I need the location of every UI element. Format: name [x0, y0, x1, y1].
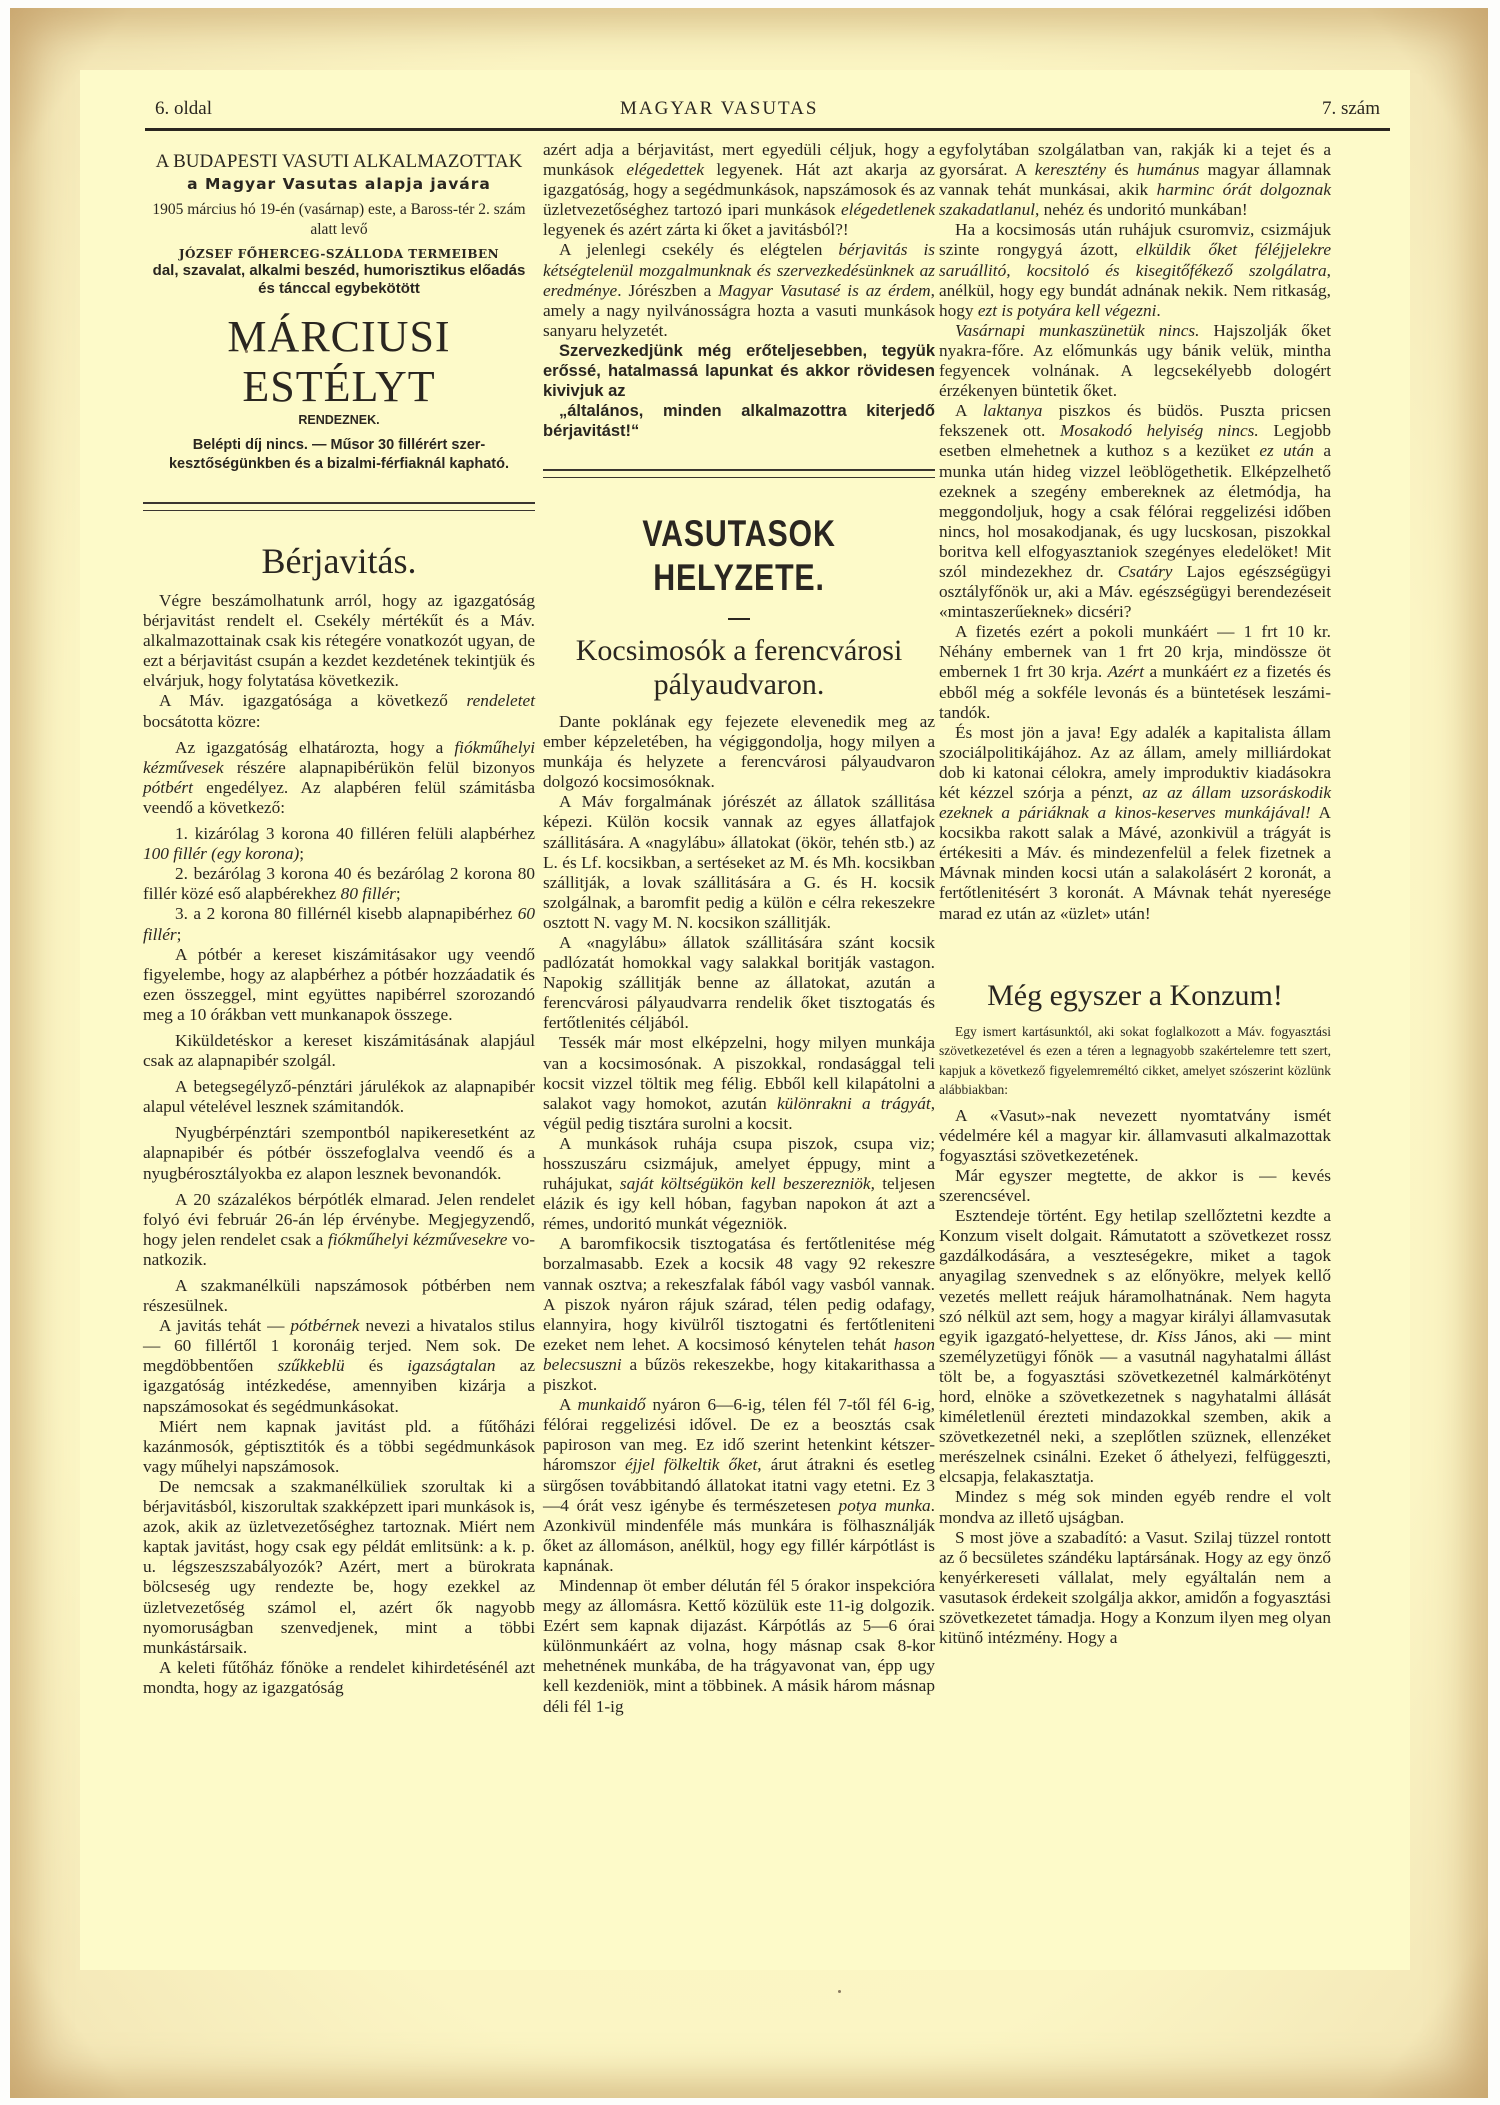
ad-date-place: 1905 március hó 19-én (vasárnap) este, a…: [143, 200, 535, 240]
column-3: egyfolytában szolgálatban van, rakják ki…: [939, 140, 1331, 1648]
column-1: A BUDAPESTI VASUTI ALKALMAZOTTAK a Magya…: [143, 140, 535, 1698]
call-to-action-slogan: „általános, minden alkalmazottra ki­terj…: [543, 401, 935, 441]
paragraph: egyfolytában szolgálatban van, rakják ki…: [939, 140, 1331, 220]
column-2: azért adja a bérjavitást, mert egyedüli …: [543, 140, 935, 1717]
paragraph: A munkások ruhája csupa piszok, csupa vi…: [543, 1134, 935, 1234]
paragraph: A keleti fűtőház főnöke a rendelet kihir…: [143, 1658, 535, 1698]
publication-title: MAGYAR VASUTAS: [620, 98, 818, 120]
title-dash: [728, 618, 750, 620]
article-title-berjavitas: Bérjavitás.: [143, 539, 535, 583]
paragraph: Már egyszer megtette, de akkor is — ke­v…: [939, 1166, 1331, 1206]
paragraph: Ha a kocsimosás után ruhájuk csuromviz, …: [939, 220, 1331, 320]
paragraph: azért adja a bérjavitást, mert egyedüli …: [543, 140, 935, 240]
paragraph: A fizetés ezért a pokoli munkáért — 1 fr…: [939, 622, 1331, 722]
paragraph: A 20 százalékos bérpótlék elmarad. Je­le…: [143, 1190, 535, 1270]
running-header: 6. oldal MAGYAR VASUTAS 7. szám: [145, 92, 1390, 122]
header-rule: [145, 128, 1390, 131]
event-advertisement: A BUDAPESTI VASUTI ALKALMAZOTTAK a Magya…: [143, 150, 535, 474]
paragraph: A «Vasut»-nak nevezett nyomtatvány is­mé…: [939, 1106, 1331, 1166]
paragraph: De nemcsak a szakmanélküliek szorultak k…: [143, 1477, 535, 1658]
ad-organize: RENDEZNEK.: [143, 412, 535, 428]
paragraph: Végre beszámolhatunk arról, hogy az igaz…: [143, 591, 535, 691]
article-title-kocsimosok: Kocsimosók a ferencvárosi pályaudvaron.: [543, 634, 935, 702]
ad-title: MÁRCIUSI ESTÉLYT: [143, 312, 535, 412]
paragraph: A Máv forgalmának jórészét az állatok sz…: [543, 792, 935, 933]
paragraph: A pótbér a kereset kiszámitásakor ugy ve…: [143, 945, 535, 1025]
paragraph: Vasárnapi munkaszünetük nincs. Hajszol­j…: [939, 321, 1331, 401]
decree-paragraph: Az igazgatóság elhatározta, hogy a fiók­…: [143, 738, 535, 818]
section-title-vasutasok: VASUTASOK HELYZETE.: [578, 512, 899, 600]
ad-admission: Belépti díj nincs. — Műsor 30 fillérért …: [143, 436, 535, 474]
editor-intro: Egy ismert kartásunktól, aki sokat fogla…: [939, 1022, 1331, 1100]
print-speck: [245, 350, 248, 353]
paragraph: Tessék már most elképzelni, hogy milyen …: [543, 1033, 935, 1133]
ad-program: dal, szavalat, alkalmi beszéd, humo­risz…: [143, 262, 535, 298]
paragraph: A laktanya piszkos és büdös. Puszta pri­…: [939, 401, 1331, 622]
page-number: 6. oldal: [155, 98, 212, 120]
paragraph: Nyugbérpénztári szempontból napikere­set…: [143, 1123, 535, 1183]
call-to-action: Szervezkedjünk még erőteljesebben, tegyü…: [543, 341, 935, 401]
paragraph: És most jön a java! Egy adalék a kapi­ta…: [939, 723, 1331, 924]
article-title-konzum: Még egyszer a Konzum!: [939, 978, 1331, 1014]
paragraph: A munkaidő nyáron 6—6-ig, télen fél 7-tő…: [543, 1395, 935, 1576]
ad-beneficiary: a Magyar Vasutas alapja javára: [143, 174, 535, 194]
paragraph: A betegsegélyző-pénztári járulékok az al…: [143, 1077, 535, 1117]
ad-organizer: A BUDAPESTI VASUTI ALKALMAZOTTAK: [143, 150, 535, 174]
ad-venue: JÓZSEF FŐHERCEG-SZÁLLODA TERMEIBEN: [143, 246, 535, 262]
paragraph: Dante poklának egy fejezete elevenedik m…: [543, 712, 935, 792]
paragraph: A Máv. igazgatósága a következő rende­le…: [143, 691, 535, 731]
paragraph: Mindez s még sok minden egyéb rendre el …: [939, 1487, 1331, 1527]
paragraph: Esztendeje történt. Egy hetilap szellőzt…: [939, 1206, 1331, 1487]
section-divider: [543, 469, 935, 478]
paragraph: Kiküldetéskor a kereset kiszámitásának a…: [143, 1031, 535, 1071]
decree-item-1: 1. kizárólag 3 korona 40 filléren felüli…: [143, 824, 535, 864]
decree-item-3: 3. a 2 korona 80 fillérnél kisebb alap­n…: [143, 904, 535, 944]
paragraph: A «nagylábu» állatok szállitására szánt …: [543, 933, 935, 1033]
paragraph: A szakmanélküli napszámosok pótbér­ben n…: [143, 1276, 535, 1316]
decree-item-2: 2. bezárólag 3 korona 40 és bezárólag 2 …: [143, 864, 535, 904]
issue-number: 7. szám: [1322, 98, 1380, 120]
paragraph: A jelenlegi csekély és elégtelen bérjavi…: [543, 240, 935, 340]
paragraph: A baromfikocsik tisztogatása és fertőtle…: [543, 1234, 935, 1395]
paragraph: A javitás tehát — pótbérnek nevezi a hi­…: [143, 1316, 535, 1416]
paragraph: S most jöve a szabadító: a Vasut. Szilaj…: [939, 1528, 1331, 1649]
paragraph: Miért nem kapnak javitást pld. a fűtőház…: [143, 1417, 535, 1477]
paragraph: Mindennap öt ember délután fél 5 órakor …: [543, 1576, 935, 1717]
section-divider: [143, 502, 535, 511]
print-speck: [838, 1990, 841, 1993]
